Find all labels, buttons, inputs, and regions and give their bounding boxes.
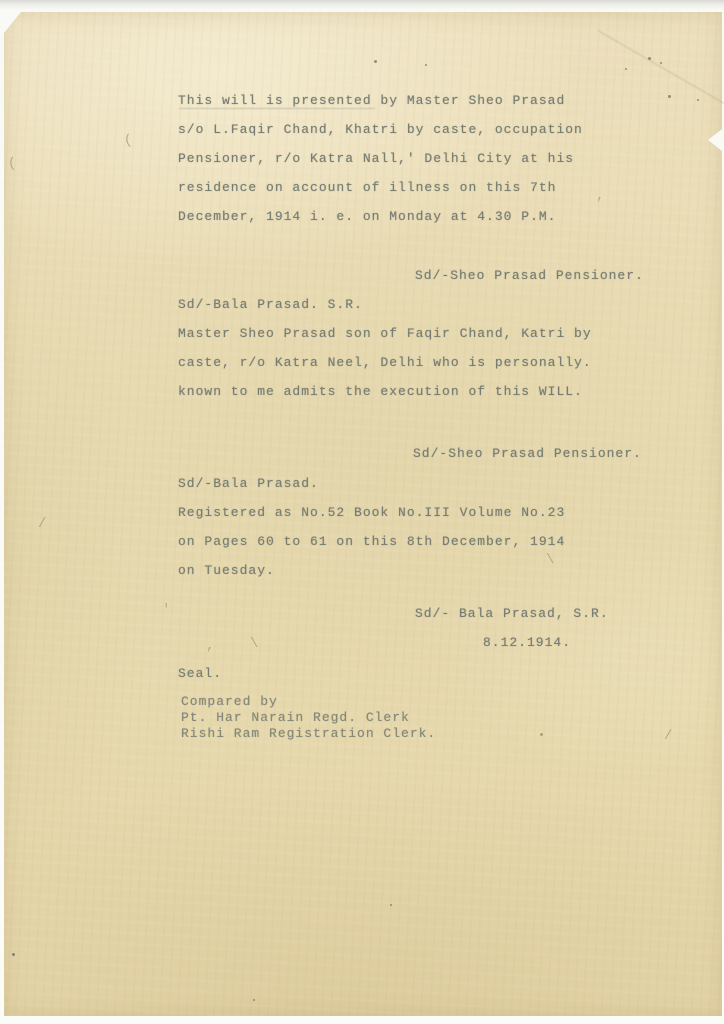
- paper-speck: [253, 999, 255, 1001]
- attestation-line-1: Master Sheo Prasad son of Faqir Chand, K…: [178, 326, 592, 341]
- will-presentation-line-3: Pensioner, r/o Katra Nall,' Delhi City a…: [178, 151, 574, 166]
- paper-speck: [425, 64, 427, 66]
- will-presentation-line-5: December, 1914 i. e. on Monday at 4.30 P…: [178, 209, 556, 224]
- clerk-har-narain-line: Pt. Har Narain Regd. Clerk: [181, 710, 410, 725]
- seal-label: Seal.: [178, 666, 222, 681]
- stray-mark: /: [664, 728, 672, 744]
- paper-speck: [625, 68, 627, 70]
- attestation-line-2: caste, r/o Katra Neel, Delhi who is pers…: [178, 355, 592, 370]
- registration-line-1: Registered as No.52 Book No.III Volume N…: [178, 505, 565, 520]
- stray-mark: /: [38, 516, 46, 532]
- paper-speck: [390, 904, 392, 906]
- scanned-document-page: This will is presented by Master Sheo Pr…: [0, 0, 724, 1024]
- signature-bala-prasad-sr-final: Sd/- Bala Prasad, S.R.: [415, 606, 609, 621]
- stray-mark: (: [7, 156, 17, 173]
- faint-underline-smudge: [179, 108, 375, 109]
- signature-bala-prasad-2: Sd/-Bala Prasad.: [178, 476, 319, 491]
- signature-sheo-prasad-1: Sd/-Sheo Prasad Pensioner.: [415, 268, 644, 283]
- will-presentation-line-4: residence on account of illness on this …: [178, 180, 556, 195]
- date-line: 8.12.1914.: [483, 635, 571, 650]
- stray-mark: ': [162, 602, 170, 618]
- registration-line-3: on Tuesday.: [178, 563, 275, 578]
- stray-mark: \: [250, 636, 258, 652]
- signature-bala-prasad-sr: Sd/-Bala Prasad. S.R.: [178, 297, 363, 312]
- stray-mark: ,: [206, 638, 214, 654]
- signature-sheo-prasad-2: Sd/-Sheo Prasad Pensioner.: [413, 446, 642, 461]
- clerk-rishi-ram-line: Rishi Ram Registration Clerk.: [181, 726, 436, 741]
- paper-speck: [668, 95, 671, 98]
- will-presentation-line-2: s/o L.Faqir Chand, Khatri by caste, occu…: [178, 122, 583, 137]
- paper-speck: [374, 60, 377, 63]
- paper-speck: [660, 62, 662, 64]
- will-presentation-line-1: This will is presented by Master Sheo Pr…: [178, 93, 565, 108]
- stray-mark: \: [546, 552, 554, 568]
- paper-speck: [697, 99, 699, 101]
- paper-speck: [12, 953, 15, 956]
- paper-speck: [648, 57, 651, 60]
- compared-by-line: Compared by: [181, 694, 278, 709]
- attestation-line-3: known to me admits the execution of this…: [178, 384, 583, 399]
- registration-line-2: on Pages 60 to 61 on this 8th December, …: [178, 534, 565, 549]
- paper-speck: [540, 733, 543, 736]
- stray-mark: ,: [596, 188, 604, 204]
